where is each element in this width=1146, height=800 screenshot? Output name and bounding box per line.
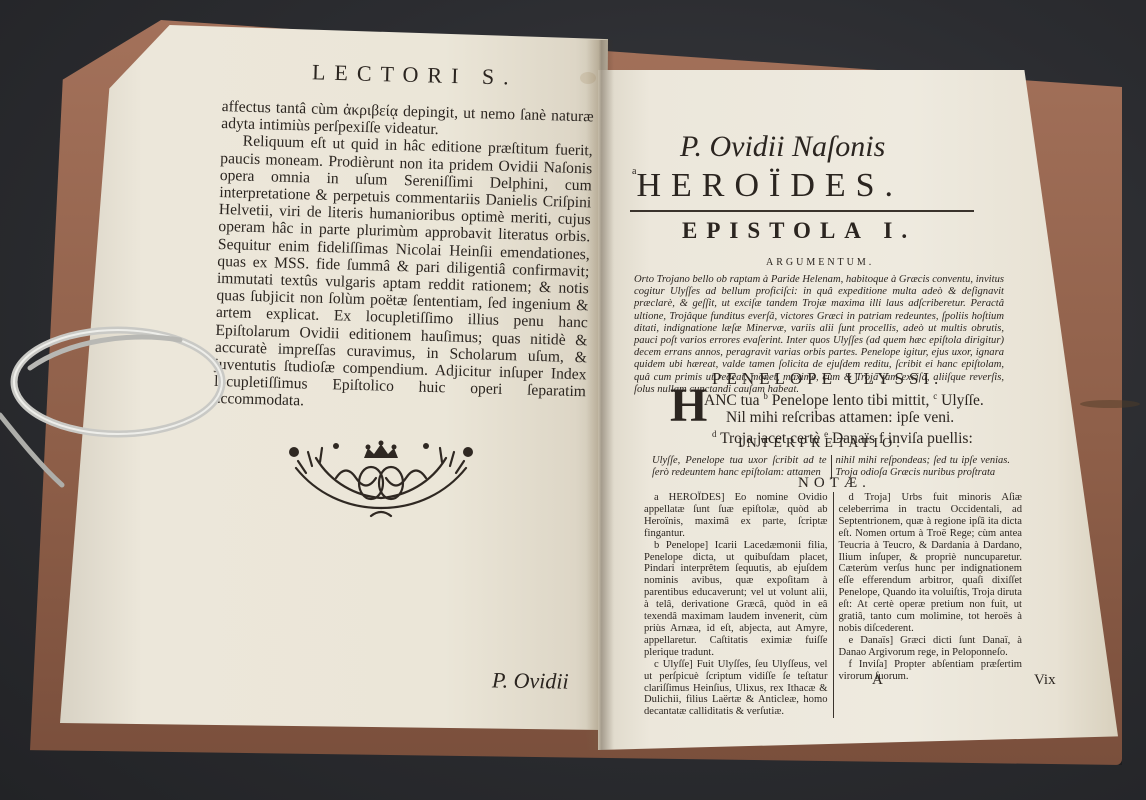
crowned-monogram-ornament-icon <box>276 438 486 520</box>
verse-line: ANC tua b Penelope lento tibi mittit, c … <box>704 388 984 410</box>
verse-line: Nil mihi reſcribas attamen: ipſe veni. <box>704 410 984 427</box>
page-stain <box>1080 400 1140 408</box>
note: e Danaïs] Græci dicti ſunt Danaï, à Dana… <box>839 635 1023 659</box>
note: b Penelope] Icarii Lacedæmonii filia, Pe… <box>644 540 828 659</box>
page-clip-icon <box>0 320 240 500</box>
preface-text: affectus tantâ cùm ἀκριβείᾳ depingit, ut… <box>213 98 594 418</box>
running-head: LECTORI S. <box>312 59 518 90</box>
interpretation-heading: INTERPRETATIO. <box>738 436 904 452</box>
paragraph: Reliquum eſt ut quid in hâc editione præ… <box>213 132 593 418</box>
verse-heading: PENELOPE ULYSSI. <box>712 369 943 389</box>
page-stain <box>580 72 596 84</box>
author-heading: P. Ovidii Naſonis <box>680 130 885 164</box>
note: f Inviſa] Propter abſentiam præſertim vi… <box>839 659 1023 683</box>
title-text: HEROÏDES. <box>636 167 903 204</box>
argument-heading: ARGUMENTUM. <box>766 257 874 268</box>
epistle-heading: EPISTOLA I. <box>682 218 916 244</box>
notes-left-column: a HEROÏDES] Eo nomine Ovidio appellatæ ſ… <box>644 492 834 718</box>
book-photo: LECTORI S. affectus tantâ cùm ἀκριβείᾳ d… <box>0 0 1146 800</box>
notes-columns: a HEROÏDES] Eo nomine Ovidio appellatæ ſ… <box>644 492 1022 718</box>
book-title: aHEROÏDES. <box>632 166 903 205</box>
note: d Troja] Urbs fuit minoris Aſiæ celeberr… <box>839 492 1023 635</box>
catchword: P. Ovidii <box>492 667 569 694</box>
note: c Ulyſſe] Fuit Ulyſſes, ſeu Ulyſſeus, ve… <box>644 659 828 719</box>
signature-mark: A <box>872 672 883 689</box>
notes-right-column: d Troja] Urbs fuit minoris Aſiæ celeberr… <box>834 492 1023 718</box>
catchword: Vix <box>1034 672 1056 689</box>
drop-cap: H <box>670 384 707 428</box>
note: a HEROÏDES] Eo nomine Ovidio appellatæ ſ… <box>644 492 828 540</box>
notes-heading: NOTÆ. <box>798 475 871 492</box>
title-rule <box>630 210 974 212</box>
